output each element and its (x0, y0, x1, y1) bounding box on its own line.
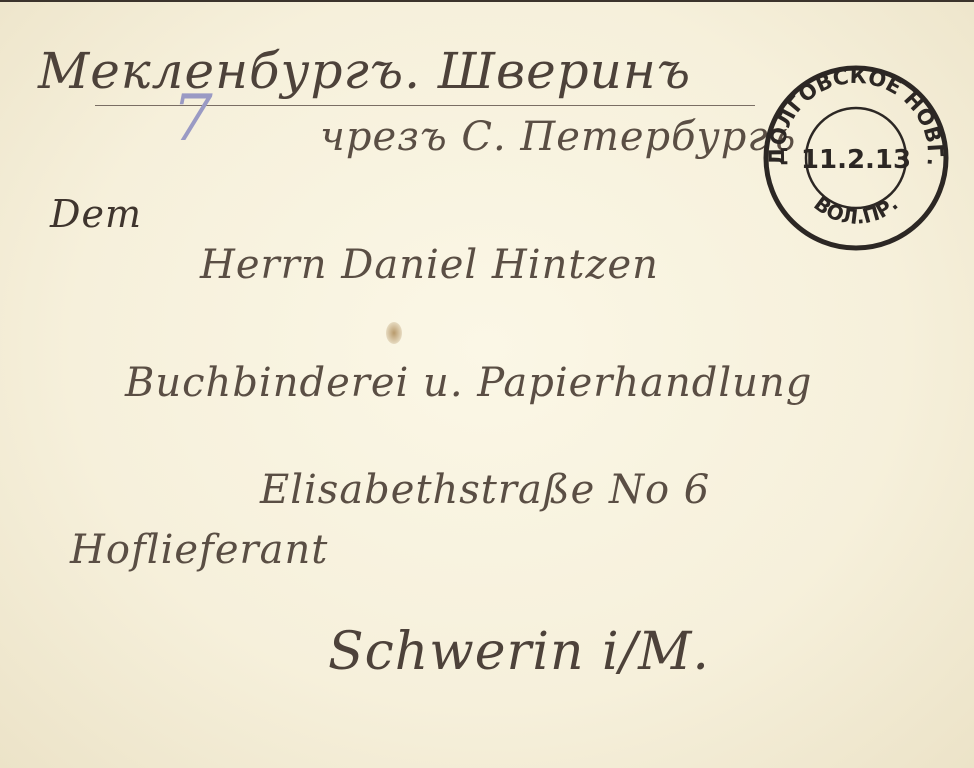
envelope: Мекленбургъ. Шверинъ чрезъ С. Петербургъ… (0, 0, 974, 768)
postmark-bottom-text: ВОЛ.ПР. (809, 191, 902, 229)
address-recipient: Herrn Daniel Hintzen (200, 242, 659, 288)
postmark-stamp: ДОЛГОВСКОЕ НОВГ. ВОЛ.ПР. 11.2.13 (760, 62, 952, 254)
address-city: Schwerin i/M. (328, 622, 710, 682)
pencil-mark: 7 (172, 82, 213, 156)
address-business: Buchbinderei u. Papierhandlung (125, 360, 812, 406)
address-title: Hoflieferant (70, 527, 328, 573)
stain (386, 322, 402, 344)
postmark-date: 11.2.13 (801, 145, 911, 175)
address-route: чрезъ С. Петербургъ (320, 114, 796, 160)
address-salutation: Dem (50, 192, 142, 236)
address-destination: Мекленбургъ. Шверинъ (38, 42, 691, 100)
address-street: Elisabethstraße No 6 (260, 467, 710, 513)
